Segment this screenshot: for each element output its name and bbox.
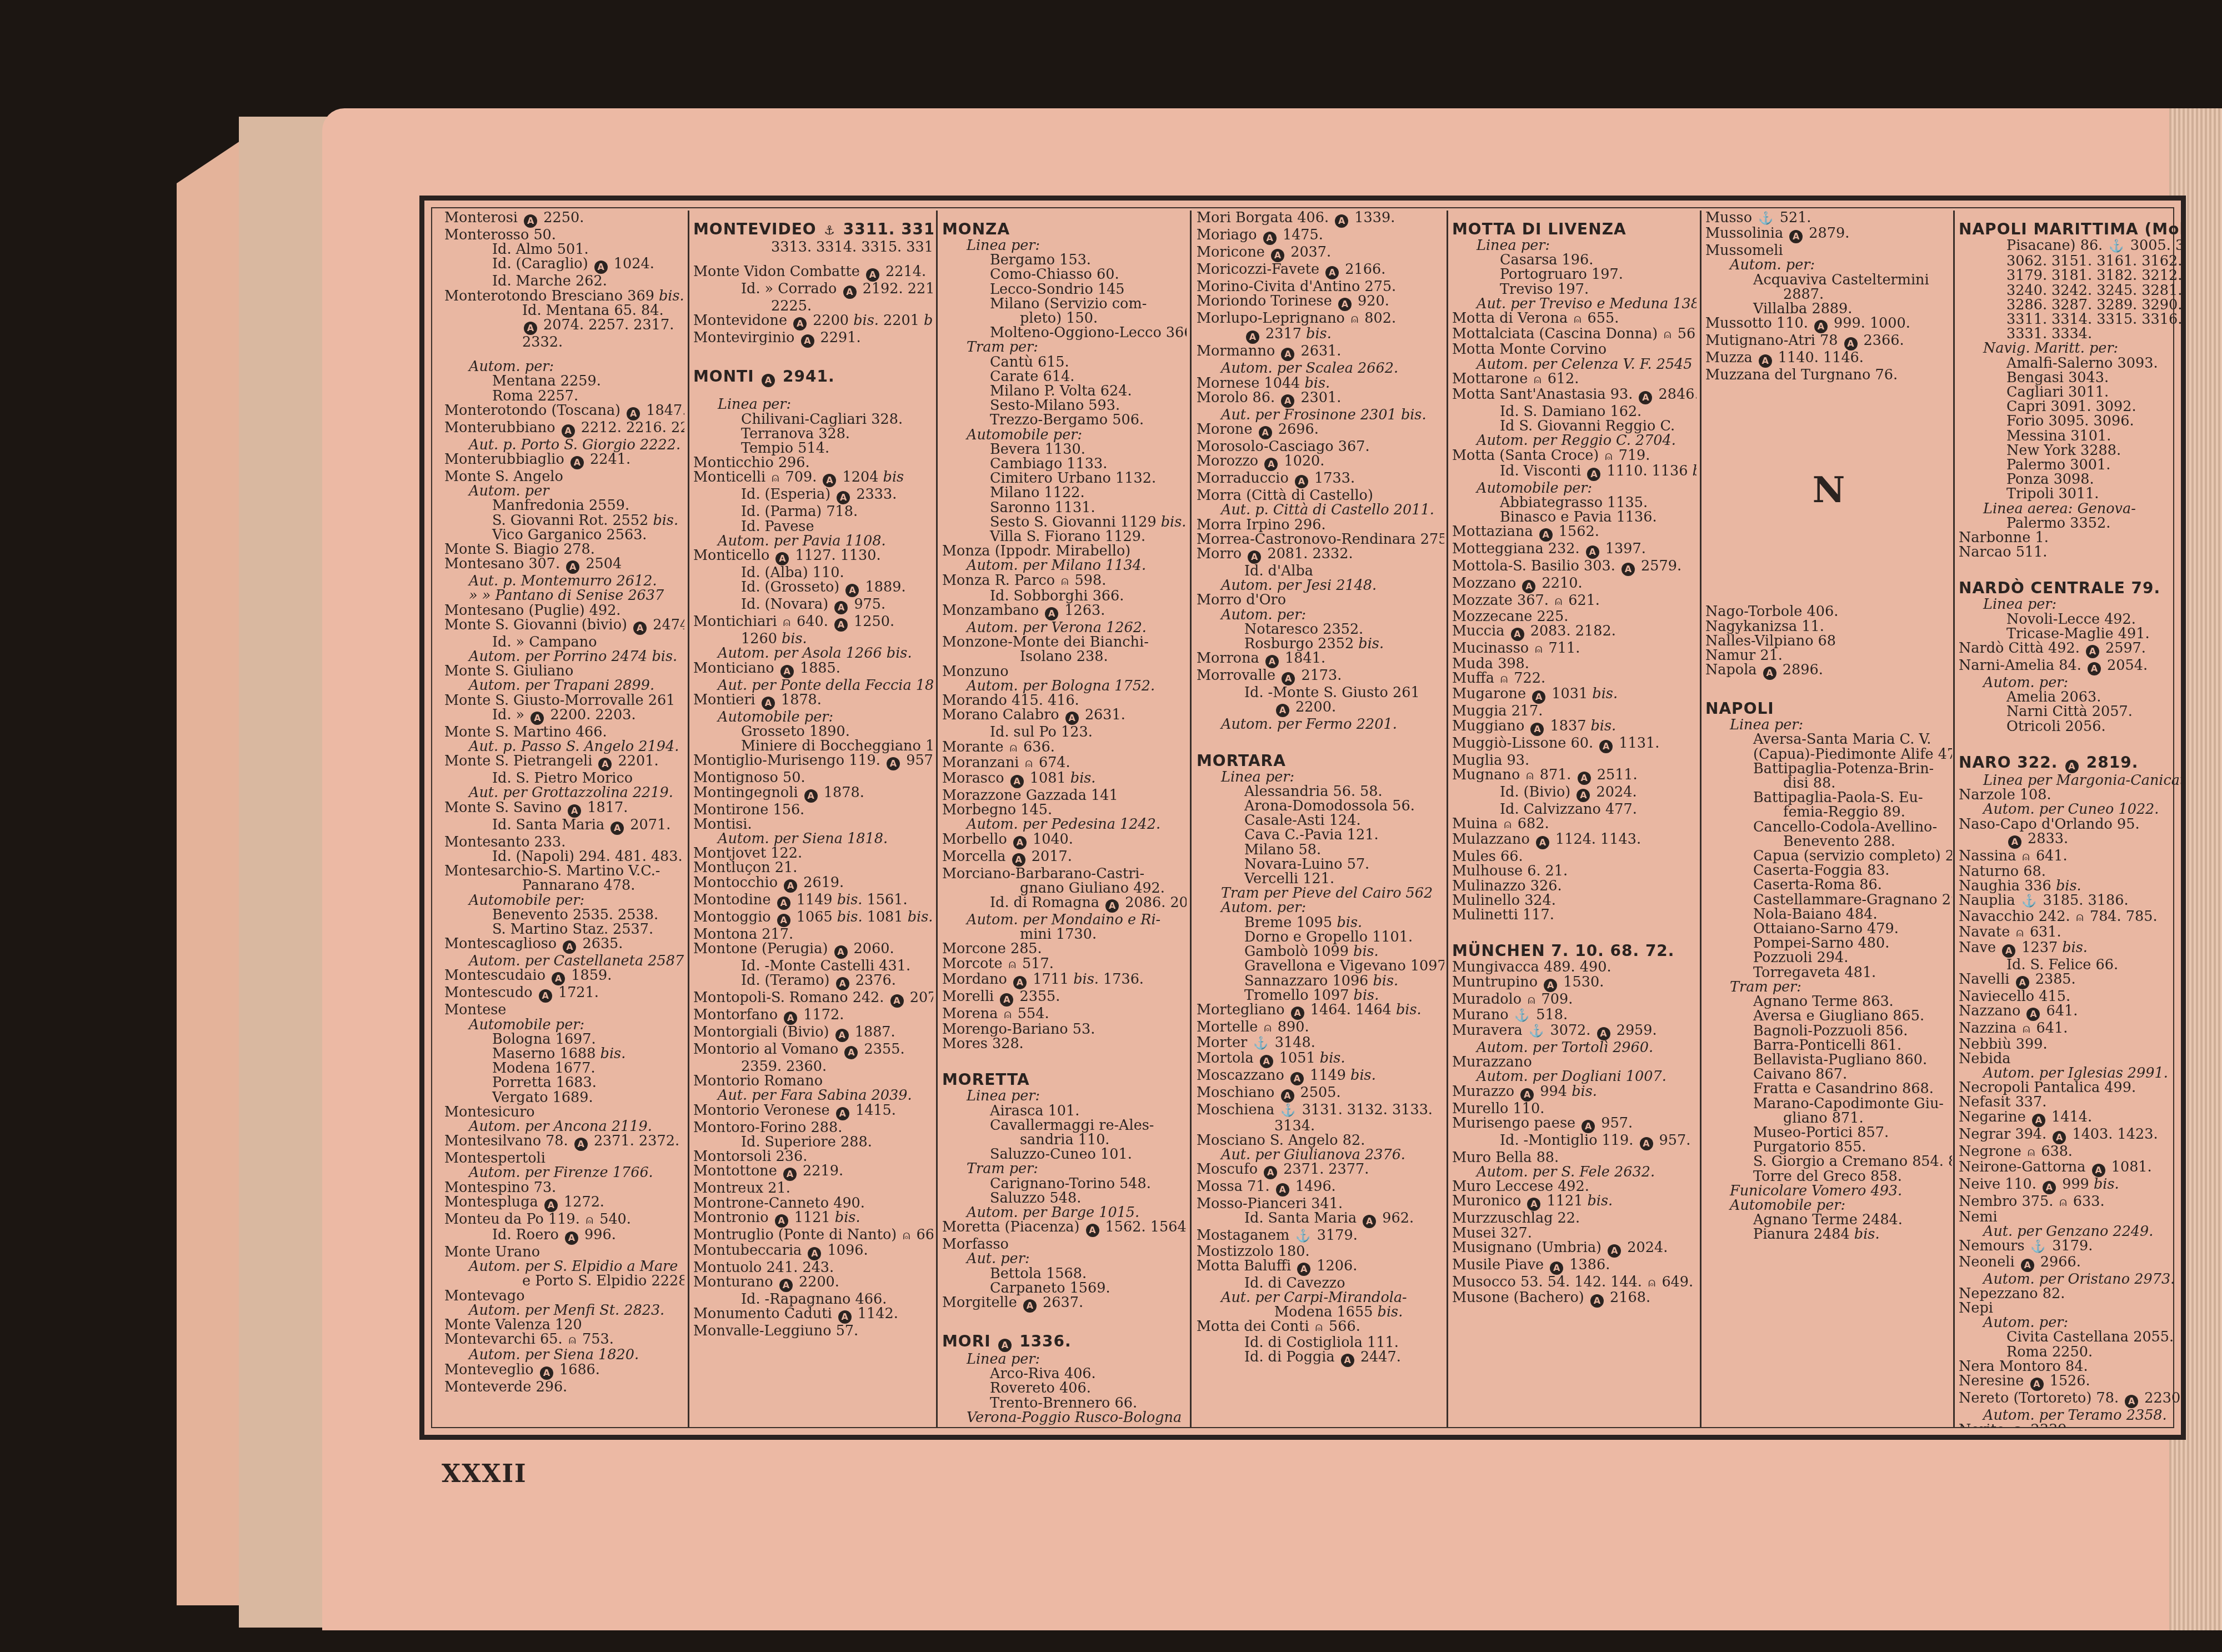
index-entry: Morfasso	[942, 1237, 1187, 1251]
index-entry: Napola A 2896.	[1705, 663, 1952, 680]
bis-marker: bis.	[1850, 1226, 1880, 1243]
automobile-service-icon: A	[1248, 550, 1261, 564]
index-sub-entry: Binasco e Pavia 1136.	[1452, 510, 1696, 524]
service-label: Autom. per Mondaino e Ri-	[942, 913, 1187, 927]
index-entry: Morlupo-Leprignano ⍝ 802.	[1197, 311, 1444, 327]
index-entry: Montichiari ⍝ 640. A 1250.	[693, 614, 933, 632]
spacer	[1959, 559, 2181, 569]
steamship-anchor-icon: ⚓	[1515, 1009, 1530, 1023]
index-sub-entry: Id. Pavese	[693, 519, 933, 534]
index-sub-entry: Novoli-Lecce 492.	[1959, 612, 2181, 627]
service-label: Automobile per:	[693, 710, 933, 724]
index-sub-entry: Id. Visconti A 1110. 1136 bis.	[1452, 464, 1696, 481]
index-entry: Nave A 1237 bis.	[1959, 940, 2181, 958]
index-entry: Morasco A 1081 bis.	[942, 771, 1187, 788]
automobile-service-icon: A	[633, 622, 647, 635]
index-sub-entry: (Capua)-Piedimonte Alife 477.	[1705, 747, 1952, 762]
index-entry: Muggiano A 1837 bis.	[1452, 719, 1696, 736]
tramway-bell-icon: ⍝	[2016, 926, 2024, 940]
service-label: Tram per:	[942, 1162, 1187, 1176]
index-continuation: 3134.	[1197, 1119, 1444, 1133]
index-entry: Naso-Capo d'Orlando 95.	[1959, 817, 2181, 832]
index-entry: Montirone 156.	[693, 803, 933, 817]
index-sub-entry: Treviso 197.	[1452, 282, 1696, 297]
index-column-3: MONZALinea per:Bergamo 153.Como-Chiasso …	[942, 211, 1187, 1427]
automobile-service-icon: A	[1532, 690, 1545, 704]
index-entry: Monte S. Giuliano	[444, 664, 684, 678]
index-entry: Morrea-Castronovo-Rendinara 275	[1197, 532, 1444, 547]
index-entry: Monte S. Martino 466.	[444, 725, 684, 739]
service-label: Linea per:	[1452, 238, 1696, 253]
index-sub-entry: Mentana 2259.	[444, 374, 684, 388]
automobile-service-icon: A	[1045, 607, 1058, 620]
index-entry: Montescaglioso A 2635.	[444, 937, 684, 954]
service-label: Autom. per:	[1197, 900, 1444, 915]
index-sub-entry: Cavallermaggi re-Ales-	[942, 1118, 1187, 1133]
index-entry: Narzole 108.	[1959, 788, 2181, 802]
index-entry: Murazzano	[1452, 1055, 1696, 1069]
index-continuation: Modena 1655 bis.	[1197, 1305, 1444, 1319]
index-entry: Mostizzolo 180.	[1197, 1244, 1444, 1259]
index-entry: Montisi.	[693, 817, 933, 832]
automobile-service-icon: A	[594, 261, 608, 274]
index-sub-entry: Bellavista-Pugliano 860.	[1705, 1053, 1952, 1067]
index-entry: Muda 398.	[1452, 657, 1696, 671]
index-sub-entry: Modena 1677.	[444, 1061, 684, 1075]
index-entry: Morano Calabro A 2631.	[942, 708, 1187, 725]
automobile-service-icon: A	[998, 1339, 1012, 1352]
index-sub-entry: Dorno e Gropello 1101.	[1197, 930, 1444, 944]
page-number: XXXII	[442, 1460, 527, 1488]
service-label: Autom. per Verona 1262.	[942, 620, 1187, 635]
index-sub-entry: Pianura 2484 bis.	[1705, 1227, 1952, 1241]
automobile-service-icon: A	[1105, 899, 1119, 913]
automobile-service-icon: A	[1265, 655, 1279, 668]
index-continuation: disi 88.	[1705, 776, 1952, 790]
index-entry: Nera Montoro 84.	[1959, 1359, 2181, 1374]
service-label: Autom. per Cuneo 1022.	[1959, 802, 2181, 817]
service-label: Autom. per Jesi 2148.	[1197, 578, 1444, 593]
automobile-service-icon: A	[2016, 976, 2029, 989]
index-sub-entry: Gambolò 1099 bis.	[1197, 944, 1444, 959]
index-entry: Morino-Civita d'Antino 275.	[1197, 279, 1444, 294]
index-entry: Morelli A 2355.	[942, 989, 1187, 1007]
service-label: Autom. per Asola 1266 bis.	[693, 646, 933, 660]
index-entry: Nago-Torbole 406.	[1705, 604, 1952, 619]
index-sub-entry: Torre del Greco 858.	[1705, 1169, 1952, 1184]
automobile-service-icon: A	[1013, 976, 1027, 989]
index-entry: Mosso-Pianceri 341.	[1197, 1197, 1444, 1211]
bis-marker: bis.	[1688, 463, 1697, 479]
index-entry: Mottola-S. Basilio 303. A 2579.	[1452, 559, 1696, 576]
index-sub-entry: Arona-Domodossola 56.	[1197, 799, 1444, 813]
index-entry: Montespertoli	[444, 1151, 684, 1165]
service-label: Linea aerea: Genova-	[1959, 502, 2181, 516]
index-entry: Monzambano A 1263.	[942, 603, 1187, 620]
index-entry: Morrovalle A 2173.	[1197, 668, 1444, 685]
index-sub-entry: Lecco-Sondrio 145	[942, 282, 1187, 297]
index-sub-entry: Sesto S. Giovanni 1129 bis.	[942, 515, 1187, 529]
index-entry: Monterubbiaglio A 2241.	[444, 452, 684, 469]
index-entry: Montesilvano 78. A 2371. 2372.	[444, 1134, 684, 1151]
index-sub-entry: Roma 2257.	[444, 389, 684, 403]
automobile-service-icon: A	[1291, 1007, 1304, 1020]
service-label: Autom. per S. Fele 2632.	[1452, 1165, 1696, 1179]
index-sub-entry: Amelia 2063.	[1959, 690, 2181, 704]
bis-marker: bis.	[849, 312, 879, 329]
index-entry: Nemours ⚓ 3179.	[1959, 1239, 2181, 1254]
index-entry: Moscufo A 2371. 2377.	[1197, 1162, 1444, 1179]
tramway-bell-icon: ⍝	[1351, 312, 1358, 327]
column-divider	[688, 211, 689, 1427]
index-entry: Neresine A 1526.	[1959, 1374, 2181, 1391]
index-entry: Monteverde 296.	[444, 1380, 684, 1394]
index-sub-entry: 1260 bis.	[693, 632, 933, 646]
index-entry: Morengo-Bariano 53.	[942, 1022, 1187, 1037]
service-label: Linea per:	[1705, 718, 1952, 732]
index-sub-entry: Forio 3095. 3096.	[1959, 414, 2181, 428]
index-sub-entry: 3286. 3287. 3289. 3290. 3391.	[1959, 298, 2181, 312]
automobile-service-icon: A	[834, 945, 848, 959]
index-sub-entry: Milano 58.	[1197, 843, 1444, 857]
service-label: Autom. per Pavia 1108.	[693, 534, 933, 548]
index-entry: Morcote ⍝ 517.	[942, 957, 1187, 972]
steamship-anchor-icon: ⚓	[2021, 894, 2036, 909]
service-label: Autom. per S. Elpidio a Mare	[444, 1259, 684, 1274]
index-continuation: femia-Reggio 89.	[1705, 805, 1952, 819]
bis-marker: bis.	[647, 648, 677, 665]
index-entry: Montuolo 241. 243.	[693, 1260, 933, 1275]
index-sub-entry: Saluzzo 548.	[942, 1191, 1187, 1205]
index-table-frame: Monterosi A 2250.Monterosso 50.Id. Almo …	[419, 196, 2186, 1440]
index-sub-entry: 3179. 3181. 3182. 3212. 3218.	[1959, 268, 2181, 283]
service-label: Autom. per Celenza V. F. 2545	[1452, 357, 1696, 372]
index-entry: Nazzina ⍝ 641.	[1959, 1021, 2181, 1037]
automobile-service-icon: A	[1608, 1244, 1621, 1258]
automobile-service-icon: A	[1622, 563, 1635, 576]
automobile-service-icon: A	[775, 552, 789, 565]
index-entry: Necropoli Pantalica 499.	[1959, 1080, 2181, 1095]
automobile-service-icon: A	[566, 560, 579, 574]
automobile-service-icon: A	[1363, 1215, 1376, 1228]
service-label: Autom. per Scalea 2662.	[1197, 361, 1444, 376]
automobile-service-icon: A	[2125, 1395, 2138, 1408]
index-sub-entry: 3311. 3314. 3315. 3316. 3317.	[1959, 312, 2181, 327]
index-entry: Monte S. Biagio 278.	[444, 542, 684, 557]
automobile-service-icon: A	[1297, 1263, 1310, 1276]
automobile-service-icon: A	[775, 1214, 788, 1228]
tramway-bell-icon: ⍝	[1648, 1276, 1655, 1290]
steamship-anchor-icon: ⚓	[1253, 1037, 1268, 1051]
service-label: Autom. per Castellaneta 2587	[444, 954, 684, 968]
service-label: Aut. per Carpi-Mirandola-	[1197, 1290, 1444, 1305]
index-entry: Montespino 73.	[444, 1180, 684, 1195]
index-entry: Muradolo ⍝ 709.	[1452, 992, 1696, 1008]
index-sub-entry: Id S. Giovanni Reggio C.	[1452, 419, 1696, 433]
index-entry: Mutignano-Atri 78 A 2366.	[1705, 333, 1952, 351]
station-heading: MONZA	[942, 221, 1187, 238]
index-entry: Mortelle ⍝ 890.	[1197, 1020, 1444, 1035]
index-sub-entry: Milano (Servizio com-	[942, 297, 1187, 311]
service-label: Automobile per:	[942, 428, 1187, 442]
index-sub-entry: Bengasi 3043.	[1959, 371, 2181, 385]
service-label: Funicolare Vomero 493.	[1705, 1184, 1952, 1198]
station-heading: MORTARA	[1197, 752, 1444, 770]
index-entry: Mulinazzo 326.	[1452, 879, 1696, 893]
tramway-bell-icon: ⍝	[1535, 642, 1542, 657]
service-label: Autom. per Firenze 1766.	[444, 1165, 684, 1180]
bis-marker: bis.	[919, 312, 933, 329]
index-entry: Musile Piave A 1386.	[1452, 1258, 1696, 1275]
index-sub-entry: Id. (Teramo) A 2376.	[693, 973, 933, 990]
index-entry: Monza R. Parco ⍝ 598.	[942, 573, 1187, 589]
service-label: Automobile per:	[444, 1018, 684, 1032]
index-sub-entry: Maserno 1688 bis.	[444, 1047, 684, 1061]
index-entry: Neoneli A 2966.	[1959, 1255, 2181, 1272]
bis-marker: bis	[878, 469, 904, 485]
service-label: Autom. per	[444, 484, 684, 498]
index-sub-entry: Saronno 1131.	[942, 500, 1187, 515]
index-entry: Montubeccaria A 1096.	[693, 1243, 933, 1260]
index-entry: Mottaziana A 1562.	[1452, 524, 1696, 542]
index-entry: Monzuno	[942, 664, 1187, 679]
automobile-service-icon: A	[1281, 394, 1294, 408]
index-entry: Mugnano ⍝ 871. A 2511.	[1452, 768, 1696, 785]
automobile-service-icon: A	[784, 1012, 797, 1025]
automobile-service-icon: A	[540, 1366, 553, 1380]
bis-marker: bis.	[1302, 326, 1332, 342]
index-entry: Morter ⚓ 3148.	[1197, 1035, 1444, 1051]
automobile-service-icon: A	[777, 897, 790, 910]
steamship-anchor-icon: ⚓	[1295, 1229, 1310, 1244]
automobile-service-icon: A	[2021, 1259, 2034, 1272]
index-entry: Monterosi A 2250.	[444, 211, 684, 228]
column-divider	[1953, 211, 1955, 1427]
index-entry: Nembro 375. ⍝ 633.	[1959, 1194, 2181, 1210]
station-heading: NAPOLI MARITTIMA (Molo	[1959, 221, 2181, 238]
index-sub-entry: Sesto-Milano 593.	[942, 398, 1187, 413]
index-sub-entry: Vercelli 121.	[1197, 872, 1444, 886]
tramway-bell-icon: ⍝	[1500, 672, 1508, 687]
index-entry: Montruglio (Ponte di Nanto) ⍝ 660.	[693, 1228, 933, 1243]
index-sub-entry: Nola-Baiano 484.	[1705, 907, 1952, 922]
index-entry: Moriago A 1475.	[1197, 228, 1444, 245]
index-entry: Montesanto 233.	[444, 835, 684, 849]
index-sub-entry: Id. S. Damiano 162.	[1452, 404, 1696, 419]
index-sub-entry: Benevento 2535. 2538.	[444, 908, 684, 922]
index-entry: Musignano (Umbria) A 2024.	[1452, 1240, 1696, 1258]
automobile-service-icon: A	[1536, 836, 1549, 849]
index-column-2: MONTEVIDEO ⚓ 3311. 3312.3313. 3314. 3315…	[693, 211, 933, 1427]
service-label: Linea per:	[942, 1089, 1187, 1103]
automobile-service-icon: A	[837, 491, 850, 504]
automobile-service-icon: A	[570, 456, 584, 469]
index-entry: Montorio Romano	[693, 1074, 933, 1088]
index-entry: Navacchio 242. ⍝ 784. 785.	[1959, 909, 2181, 925]
station-heading: MORETTA	[942, 1071, 1187, 1089]
service-label: Autom. per:	[1959, 1315, 2181, 1330]
index-entry: Narbonne 1.	[1959, 530, 2181, 545]
service-label: Linea per:	[1959, 597, 2181, 612]
index-entry: Montorio al Vomano A 2355.	[693, 1042, 933, 1059]
index-entry: Murano ⚓ 518.	[1452, 1008, 1696, 1023]
index-sub-entry: Id. Almo 501.	[444, 242, 684, 257]
index-entry: Muccia A 2083. 2182.	[1452, 624, 1696, 641]
index-continuation: 3313. 3314. 3315. 3316. 3317.	[693, 240, 933, 254]
index-sub-entry: Arco-Riva 406.	[942, 1366, 1187, 1381]
automobile-service-icon: A	[793, 317, 807, 331]
bis-marker: bis.	[1346, 1067, 1376, 1084]
index-entry: Muro Leccese 492.	[1452, 1179, 1696, 1194]
index-sub-entry: Barra-Ponticelli 861.	[1705, 1038, 1952, 1053]
automobile-service-icon: A	[2053, 1131, 2066, 1144]
index-entry: Montona 217.	[693, 927, 933, 942]
index-sub-entry: Id. Roero A 996.	[444, 1228, 684, 1245]
automobile-service-icon: A	[1587, 468, 1600, 481]
bis-marker: bis.	[1392, 1002, 1422, 1018]
index-entry: Moriondo Torinese A 920.	[1197, 294, 1444, 311]
index-entry: Monte S. Savino A 1817.	[444, 800, 684, 818]
index-entry: Monvalle-Leggiuno 57.	[693, 1324, 933, 1338]
service-label: Autom. per Menfi St. 2823.	[444, 1303, 684, 1318]
index-column-7: NAPOLI MARITTIMA (MoloPisacane) 86. ⚓ 30…	[1959, 211, 2181, 1427]
automobile-service-icon: A	[610, 822, 624, 835]
index-sub-entry: Castellammare-Gragnano 292.	[1705, 893, 1952, 907]
index-sub-entry: Trezzo-Bergamo 506.	[942, 413, 1187, 427]
index-entry: Monte S. Giusto-Morrovalle 261	[444, 693, 684, 708]
steamship-anchor-icon: ⚓	[1280, 1104, 1295, 1118]
index-entry: Monumento Caduti A 1142.	[693, 1306, 933, 1324]
index-continuation: Isolano 238.	[942, 649, 1187, 664]
automobile-service-icon: A	[1338, 298, 1352, 311]
index-entry: Motta Baluffi A 1206.	[1197, 1259, 1444, 1276]
index-entry: Monticello A 1127. 1130.	[693, 548, 933, 565]
index-sub-entry: Messina 3101.	[1959, 429, 2181, 443]
index-sub-entry: Museo-Portici 857.	[1705, 1125, 1952, 1140]
index-entry: Monteu da Po 119. ⍝ 540.	[444, 1212, 684, 1228]
service-label: Automobile per:	[1452, 481, 1696, 495]
bis-marker: bis.	[833, 892, 863, 908]
index-sub-entry: A 2317 bis.	[1197, 327, 1444, 344]
automobile-service-icon: A	[1550, 1261, 1563, 1275]
index-entry: Musone (Bachero) A 2168.	[1452, 1290, 1696, 1308]
index-column-4: Mori Borgata 406. A 1339.Moriago A 1475.…	[1197, 211, 1444, 1427]
index-entry: Montrone-Canneto 490.	[693, 1196, 933, 1210]
spacer	[1705, 680, 1952, 690]
service-label: Automobile per:	[444, 893, 684, 908]
index-entry: Muronico A 1121 bis.	[1452, 1194, 1696, 1211]
bis-marker: bis.	[648, 512, 678, 529]
service-label: Tram per:	[1705, 980, 1952, 994]
index-sub-entry: 3331. 3334.	[1959, 327, 2181, 341]
service-label: Autom. per Siena 1818.	[693, 832, 933, 846]
index-continuation: 2332.	[444, 335, 684, 349]
service-label: Automobile per:	[1705, 1198, 1952, 1213]
index-continuation: A 2200.	[1197, 700, 1444, 717]
tramway-bell-icon: ⍝	[1264, 1021, 1272, 1035]
index-sub-entry: Caivano 867.	[1705, 1067, 1952, 1082]
index-sub-entry: Vico Garganico 2563.	[444, 528, 684, 542]
bis-marker: bis.	[830, 1209, 860, 1226]
automobile-service-icon: A	[845, 584, 859, 597]
index-sub-entry: Capua (servizio completo) 293	[1705, 849, 1952, 863]
index-entry: Morcella A 2017.	[942, 849, 1187, 867]
index-entry: Montesano (Puglie) 492.	[444, 603, 684, 618]
index-sub-entry: Id. sul Po 123.	[942, 725, 1187, 739]
index-entry: Moretta (Piacenza) A 1562. 1564.	[942, 1220, 1187, 1237]
index-sub-entry: Capri 3091. 3092.	[1959, 399, 2181, 414]
index-sub-entry: Porretta 1683.	[444, 1075, 684, 1090]
automobile-service-icon: A	[1527, 1198, 1540, 1211]
automobile-service-icon: A	[1590, 1294, 1604, 1308]
index-column-1: Monterosi A 2250.Monterosso 50.Id. Almo …	[444, 211, 684, 1427]
automobile-service-icon: A	[1263, 232, 1277, 245]
index-entry: Mores 328.	[942, 1037, 1187, 1051]
tramway-bell-icon: ⍝	[569, 1333, 576, 1348]
automobile-service-icon: A	[1000, 993, 1013, 1007]
index-entry: Nepezzano 82.	[1959, 1286, 2181, 1301]
service-label: Aut. per Ponte della Feccia 1884.	[693, 678, 933, 693]
automobile-service-icon: A	[887, 757, 900, 770]
index-entry: Motteggiana 232. A 1397.	[1452, 542, 1696, 559]
index-sub-entry: Pozzuoli 294.	[1705, 950, 1952, 965]
index-sub-entry: Battipaglia-Potenza-Brin-	[1705, 762, 1952, 776]
index-entry: Mulhouse 6. 21.	[1452, 864, 1696, 878]
index-column-5: MOTTA DI LIVENZALinea per:Casarsa 196.Po…	[1452, 211, 1696, 1427]
index-sub-entry: Villa S. Fiorano 1129.	[942, 529, 1187, 544]
index-sub-entry: Carignano-Torino 548.	[942, 1177, 1187, 1191]
index-entry: Nemi	[1959, 1210, 2181, 1224]
index-entry: Monterotondo Bresciano 369 bis.	[444, 289, 684, 303]
index-entry: Negrar 394. A 1403. 1423.	[1959, 1127, 2181, 1144]
tramway-bell-icon: ⍝	[783, 615, 790, 630]
index-entry: Murisengo paese A 957.	[1452, 1116, 1696, 1133]
automobile-service-icon: A	[2032, 1114, 2045, 1127]
index-sub-entry: Miniere di Boccheggiano 1891.	[693, 739, 933, 753]
service-label: Autom. per Porrino 2474 bis.	[444, 649, 684, 664]
tramway-bell-icon: ⍝	[2028, 1145, 2035, 1160]
index-sub-entry: Id. di Cavezzo	[1197, 1276, 1444, 1290]
automobile-service-icon: A	[2026, 1008, 2040, 1021]
steamship-anchor-icon: ⚓	[2031, 1240, 2046, 1254]
service-label: Aut. per Grottazzolina 2219.	[444, 785, 684, 800]
automobile-service-icon: A	[1013, 836, 1027, 849]
index-entry: Montoggio A 1065 bis. 1081 bis.	[693, 910, 933, 927]
index-entry: Montignoso 50.	[693, 770, 933, 785]
index-entry: Montespluga A 1272.	[444, 1195, 684, 1212]
automobile-service-icon: A	[1335, 214, 1348, 228]
index-sub-entry: Rosburgo 2352 bis.	[1197, 637, 1444, 651]
index-sub-entry: Id. Sobborghi 366.	[942, 589, 1187, 603]
index-sub-entry: Id. -Montiglio 119. A 957.	[1452, 1133, 1696, 1150]
automobile-service-icon: A	[838, 1310, 852, 1324]
index-entry: Morra (Città di Castello)	[1197, 488, 1444, 503]
index-continuation: A 2074. 2257. 2317.	[444, 318, 684, 335]
index-entry: Morciano-Barbarano-Castri-	[942, 867, 1187, 881]
automobile-service-icon: A	[801, 334, 814, 348]
index-sub-entry: Cagliari 3011.	[1959, 385, 2181, 399]
automobile-service-icon: A	[2011, 1426, 2024, 1427]
automobile-service-icon: A	[1065, 712, 1079, 725]
automobile-service-icon: A	[1271, 249, 1284, 262]
index-entry: Monteveglio A 1686.	[444, 1363, 684, 1380]
index-entry: Monticelli ⍝ 709. A 1204 bis	[693, 470, 933, 487]
index-sub-entry: Tempio 514.	[693, 441, 933, 455]
index-entry: Monticiano A 1885.	[693, 661, 933, 678]
index-sub-entry: 3062. 3151. 3161. 3162. 3171.	[1959, 254, 2181, 268]
index-continuation: gnano Giuliano 492.	[942, 881, 1187, 895]
index-sub-entry: Cancello-Codola-Avellino-	[1705, 820, 1952, 834]
